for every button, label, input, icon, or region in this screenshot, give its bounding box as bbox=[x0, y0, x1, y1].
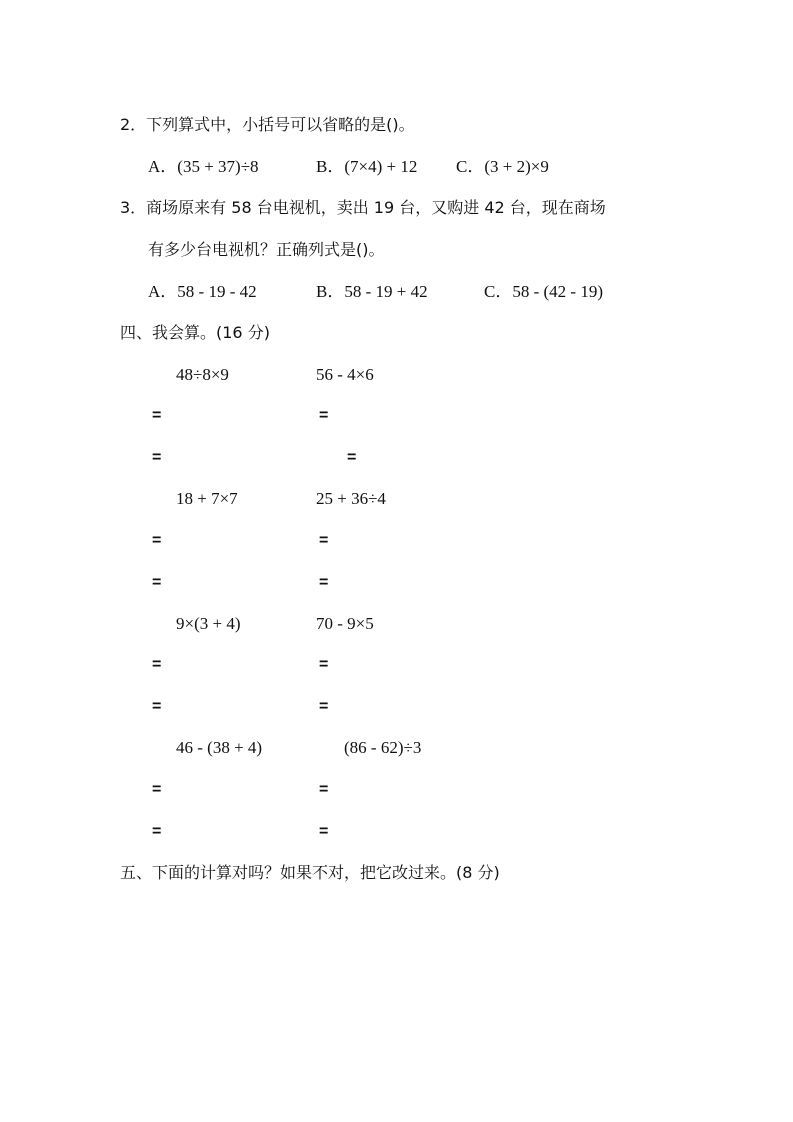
equals-sign: = bbox=[319, 780, 328, 800]
problem-expr: 70 - 9×5 bbox=[316, 614, 374, 634]
question-2-option-a: A．(35 + 37)÷8 bbox=[148, 157, 259, 177]
equals-sign: = bbox=[152, 780, 161, 800]
section-5-title: 五、下面的计算对吗？如果不对，把它改过来。(8 分) bbox=[120, 863, 500, 883]
equals-sign: = bbox=[152, 697, 161, 717]
problem-expr: (86 - 62)÷3 bbox=[344, 738, 421, 758]
equals-sign: = bbox=[319, 531, 328, 551]
equals-sign: = bbox=[152, 573, 161, 593]
option-expr: 58 - (42 - 19) bbox=[512, 282, 603, 301]
problem-expr: 46 - (38 + 4) bbox=[176, 738, 262, 758]
equals-sign: = bbox=[152, 448, 161, 468]
problem-expr: 25 + 36÷4 bbox=[316, 489, 386, 509]
question-3-option-c: C．58 - (42 - 19) bbox=[484, 282, 603, 302]
option-label: B． bbox=[316, 282, 344, 301]
option-label: A． bbox=[148, 282, 177, 301]
equals-sign: = bbox=[319, 573, 328, 593]
equals-sign: = bbox=[152, 406, 161, 426]
equals-sign: = bbox=[152, 822, 161, 842]
equals-sign: = bbox=[319, 697, 328, 717]
section-4-title: 四、我会算。(16 分) bbox=[120, 323, 270, 343]
equals-sign: = bbox=[319, 822, 328, 842]
question-2-option-c: C．(3 + 2)×9 bbox=[456, 157, 549, 177]
equals-sign: = bbox=[152, 655, 161, 675]
question-2-text: 2．下列算式中，小括号可以省略的是()。 bbox=[120, 115, 415, 135]
question-3-option-a: A．58 - 19 - 42 bbox=[148, 282, 257, 302]
option-expr: 58 - 19 + 42 bbox=[344, 282, 427, 301]
equals-sign: = bbox=[319, 655, 328, 675]
equals-sign: = bbox=[152, 531, 161, 551]
problem-expr: 9×(3 + 4) bbox=[176, 614, 241, 634]
problem-expr: 56 - 4×6 bbox=[316, 365, 374, 385]
option-expr: (7×4) + 12 bbox=[344, 157, 417, 176]
option-label: A． bbox=[148, 157, 177, 176]
option-label: B． bbox=[316, 157, 344, 176]
equals-sign: = bbox=[319, 406, 328, 426]
option-expr: 58 - 19 - 42 bbox=[177, 282, 256, 301]
question-2-option-b: B．(7×4) + 12 bbox=[316, 157, 417, 177]
option-expr: (35 + 37)÷8 bbox=[177, 157, 258, 176]
equals-sign: = bbox=[347, 448, 356, 468]
question-3-option-b: B．58 - 19 + 42 bbox=[316, 282, 428, 302]
question-3-line-1: 3．商场原来有 58 台电视机，卖出 19 台，又购进 42 台，现在商场 bbox=[120, 198, 606, 218]
option-label: C． bbox=[456, 157, 484, 176]
question-3-line-2: 有多少台电视机？正确列式是()。 bbox=[148, 240, 385, 260]
option-expr: (3 + 2)×9 bbox=[484, 157, 549, 176]
problem-expr: 48÷8×9 bbox=[176, 365, 229, 385]
option-label: C． bbox=[484, 282, 512, 301]
problem-expr: 18 + 7×7 bbox=[176, 489, 238, 509]
